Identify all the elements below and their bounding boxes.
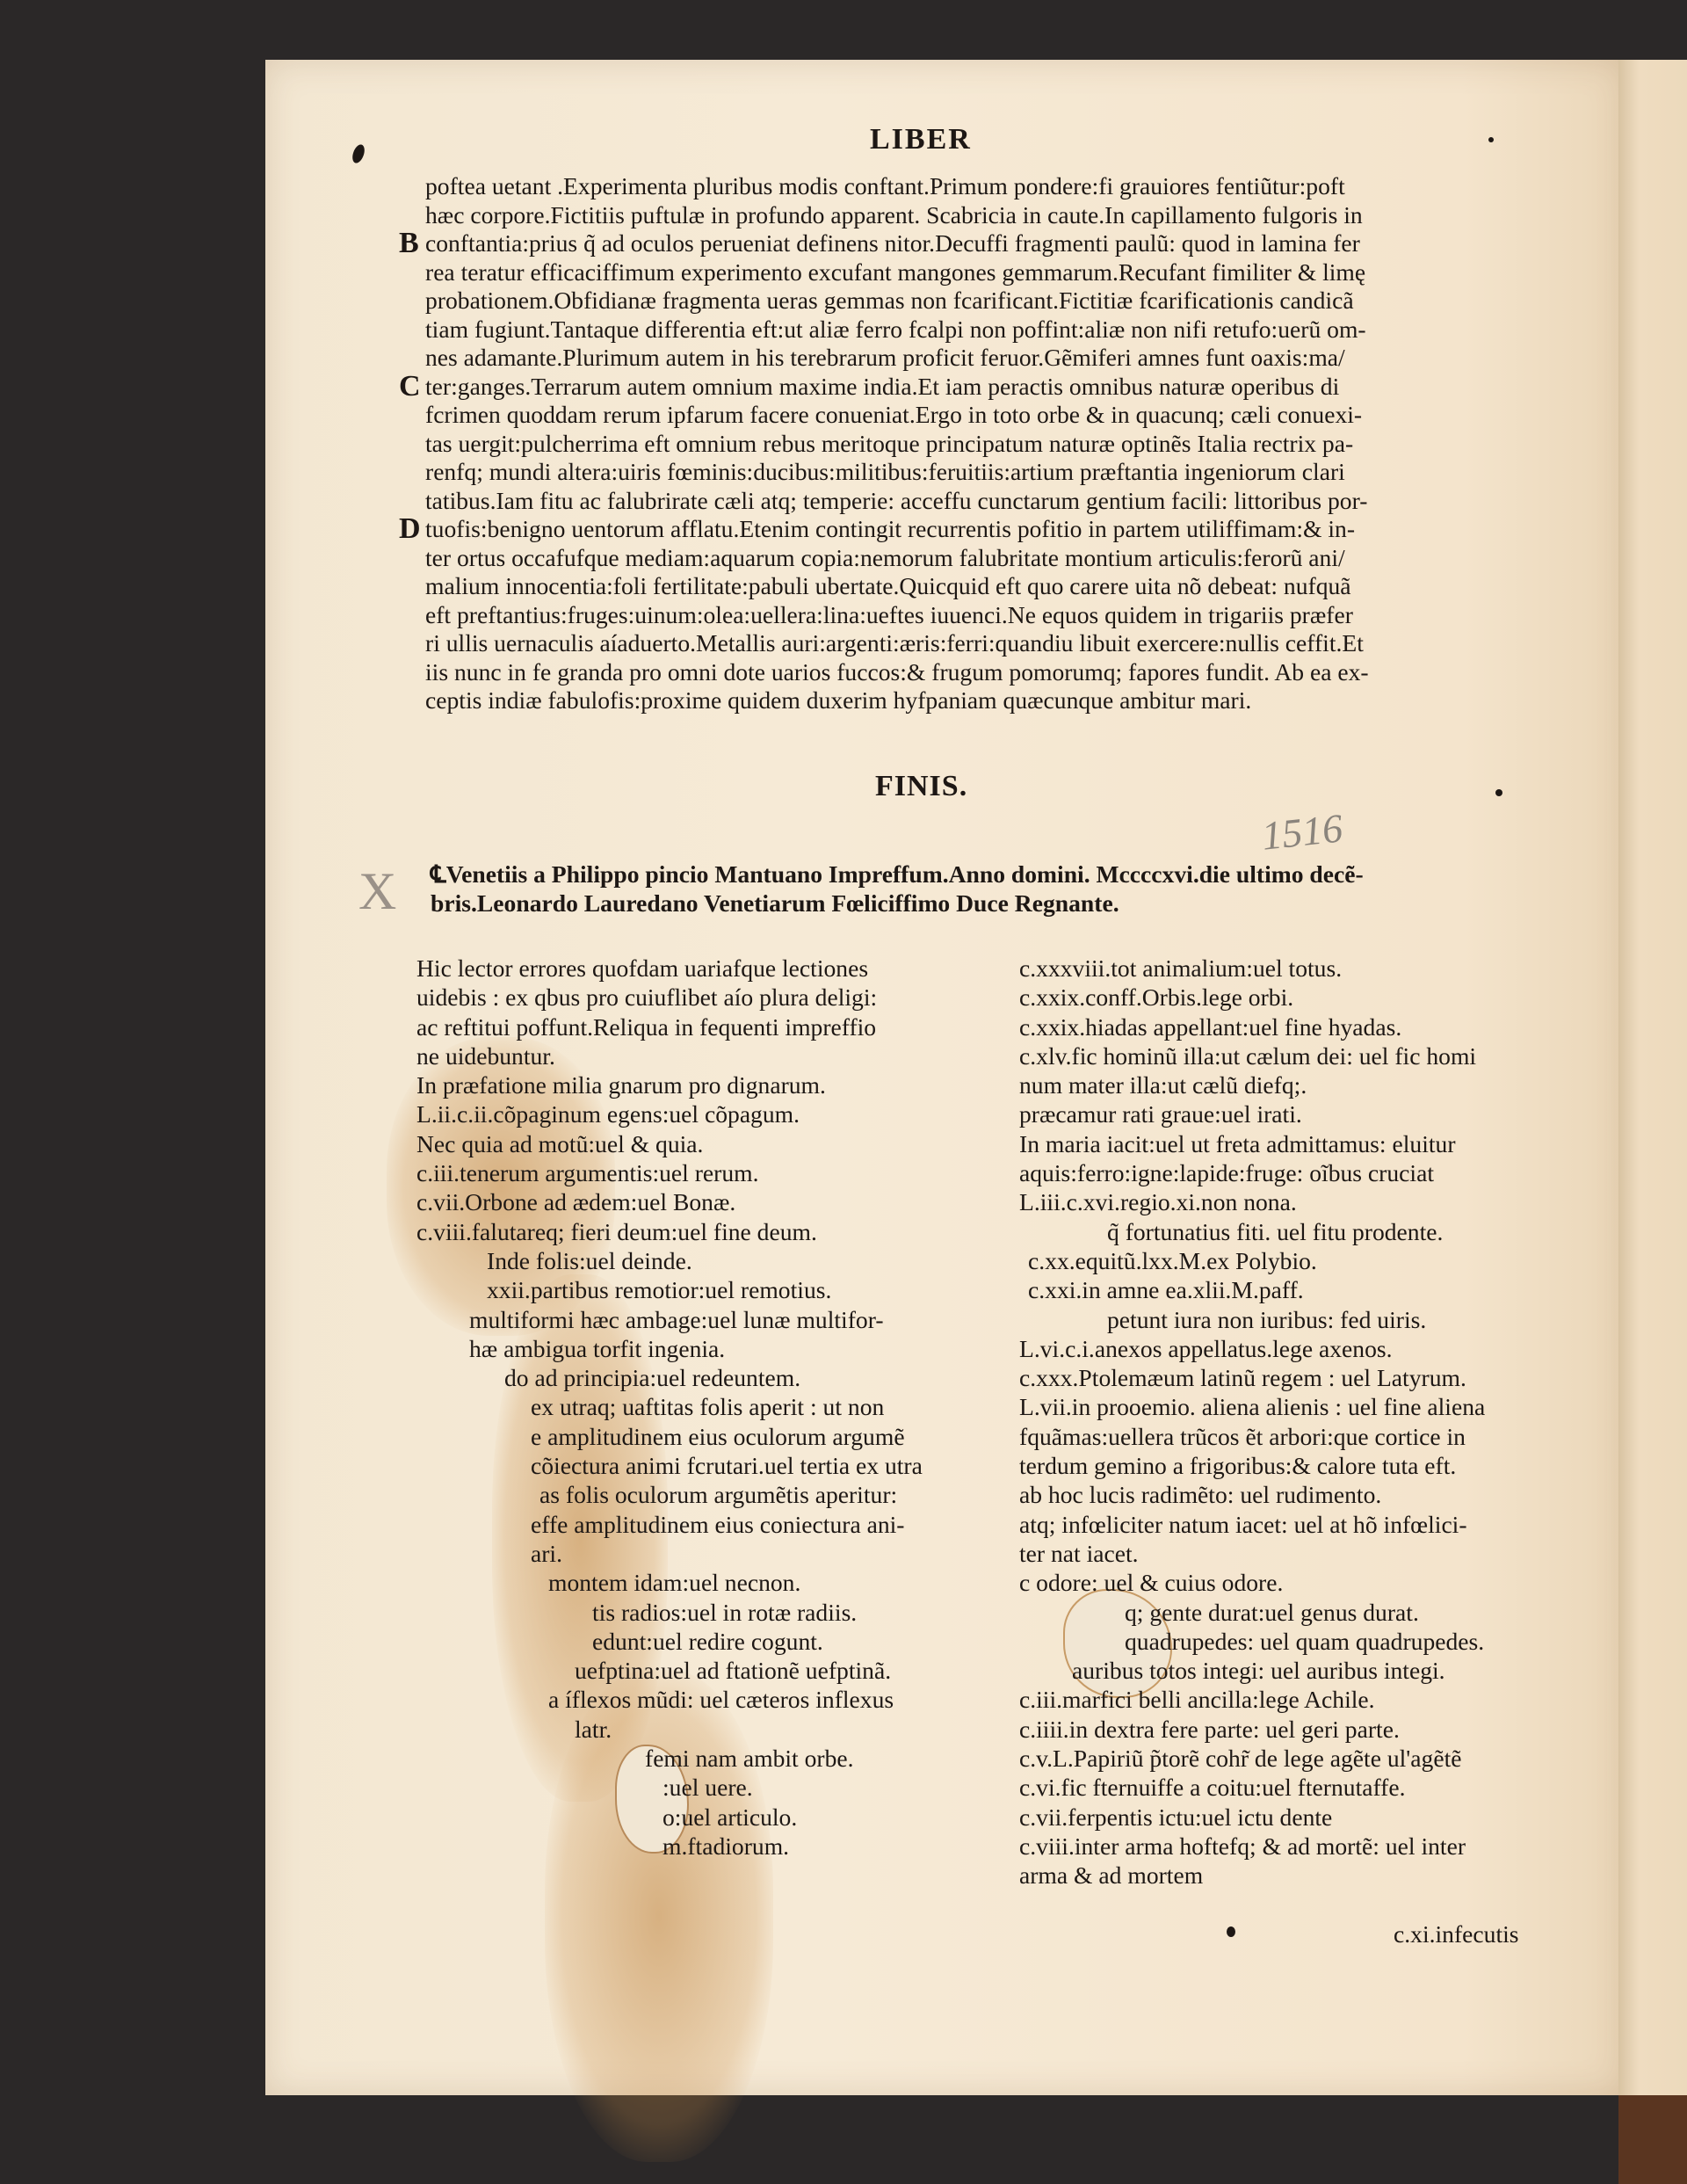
errata-entry: c.xxx.Ptolemæum latinũ regem : uel Latyr… [1019,1363,1564,1392]
text-line: ri ullis uernaculis aíaduerto.Metallis a… [425,629,1538,658]
text-line-content: poftea uetant .Experimenta pluribus modi… [425,172,1345,200]
text-line-content: fcrimen quoddam rerum ipfarum facere con… [425,401,1362,428]
colophon: ℄Venetiis a Philippo pincio Mantuano Imp… [431,860,1546,918]
text-line-content: tuofis:benigno uentorum afflatu.Etenim c… [425,515,1355,542]
binding-edge [1618,2095,1687,2184]
text-line: poftea uetant .Experimenta pluribus modi… [425,172,1538,201]
errata-entry: arma & ad mortem [1019,1861,1564,1890]
errata-entry: c odore: uel & cuius odore. [1019,1568,1564,1597]
errata-entry: c.vii.ferpentis ictu:uel ictu dente [1019,1803,1564,1832]
text-line: Cter:ganges.Terrarum autem omnium maxime… [425,373,1538,402]
main-text: poftea uetant .Experimenta pluribus modi… [425,172,1538,715]
errata-entry: In præfatione milia gnarum pro dignarum. [416,1070,979,1099]
text-line-content: tatibus.Iam fitu ac falubrirate cæli atq… [425,487,1367,514]
errata-entry: c.xxix.hiadas appellant:uel fine hyadas. [1019,1012,1564,1041]
errata-entry: L.vii.in prooemio. aliena alienis : uel … [1019,1392,1564,1421]
errata-entry: præcamur rati graue:uel irati. [1019,1099,1564,1128]
errata-entry: c.iii.tenerum argumentis:uel rerum. [416,1158,979,1187]
errata-entry: terdum gemino a frigoribus:& calore tuta… [1019,1451,1564,1480]
text-line: nes adamante.Plurimum autem in his tereb… [425,344,1538,373]
next-page-edge [1618,60,1687,2095]
errata-entry: Inde folis:uel deinde. [416,1246,979,1275]
section-marker: B [399,229,419,258]
errata-entry: m.ftadiorum. [416,1832,979,1861]
errata-entry: multiformi hæc ambage:uel lunæ multifor- [416,1305,979,1334]
text-line: iis nunc in fe granda pro omni dote uari… [425,658,1538,687]
errata-entry: ne uidebuntur. [416,1041,979,1070]
text-line-content: renfq; mundi altera:uiris fœminis:ducibu… [425,458,1345,485]
text-line: Bconftantia:prius q̃ ad oculos perueniat… [425,229,1538,258]
errata-entry: ex utraq; uaftitas folis aperit : ut non [416,1392,979,1421]
errata-entry: edunt:uel redire cogunt. [416,1627,979,1656]
errata-entry: c.xxi.in amne ea.xlii.M.paff. [1019,1275,1564,1304]
text-line: tatibus.Iam fitu ac falubrirate cæli atq… [425,487,1538,516]
text-line: fcrimen quoddam rerum ipfarum facere con… [425,401,1538,430]
errata-entry: auribus totos integi: uel auribus integi… [1019,1656,1564,1685]
handwritten-year: 1516 [1259,804,1344,859]
errata-entry: a íflexos mũdi: uel cæteros inflexus [416,1685,979,1714]
errata-entry: petunt iura non iuribus: fed uiris. [1019,1305,1564,1334]
errata-entry: L.ii.c.ii.cõpaginum egens:uel cõpagum. [416,1099,979,1128]
errata-entry: as folis oculorum argumẽtis aperitur: [416,1480,979,1509]
ink-dot [1495,789,1502,796]
text-line-content: nes adamante.Plurimum autem in his tereb… [425,344,1345,371]
text-line-content: hæc corpore.Fictitiis puftulæ in profund… [425,201,1363,229]
text-line-content: tiam fugiunt.Tantaque differentia eft:ut… [425,316,1366,343]
text-line-content: conftantia:prius q̃ ad oculos perueniat … [425,229,1360,257]
errata-entry: c.viii.inter arma hoftefq; & ad mortẽ: u… [1019,1832,1564,1861]
text-line-content: ri ullis uernaculis aíaduerto.Metallis a… [425,629,1364,657]
errata-entry: q; gente durat:uel genus durat. [1019,1598,1564,1627]
errata-entry: aquis:ferro:igne:lapide:fruge: oĩbus cru… [1019,1158,1564,1187]
text-line: malium innocentia:foli fertilitate:pabul… [425,572,1538,601]
text-line: ter ortus occafufque mediam:aquarum copi… [425,544,1538,573]
errata-left-column: Hic lector errores quofdam uariafque lec… [416,954,979,1861]
errata-entry: do ad principia:uel redeuntem. [416,1363,979,1392]
errata-entry: L.vi.c.i.anexos appellatus.lege axenos. [1019,1334,1564,1363]
errata-entry: c.iii.marfici belli ancilla:lege Achile. [1019,1685,1564,1714]
text-line-content: rea teratur efficaciffimum experimento e… [425,258,1365,286]
errata-entry: ari. [416,1539,979,1568]
errata-entry: L.iii.c.xvi.regio.xi.non nona. [1019,1187,1564,1216]
errata-entry: uefptina:uel ad ftationẽ uefptinã. [416,1656,979,1685]
errata-right-column: c.xxxviii.tot animalium:uel totus.c.xxix… [1019,954,1564,1890]
text-line: renfq; mundi altera:uiris fœminis:ducibu… [425,458,1538,487]
text-line-content: iis nunc in fe granda pro omni dote uari… [425,658,1369,686]
errata-entry: c.xxix.conff.Orbis.lege orbi. [1019,983,1564,1012]
ink-dot [1488,137,1494,142]
text-line: hæc corpore.Fictitiis puftulæ in profund… [425,201,1538,230]
errata-entry: atq; infœliciter natum iacet: uel at hõ … [1019,1510,1564,1539]
errata-entry: Nec quia ad motũ:uel & quia. [416,1129,979,1158]
finis-heading: FINIS. [875,770,967,803]
errata-entry: q̃ fortunatius fiti. uel fitu prodente. [1019,1217,1564,1246]
errata-entry: c.viii.falutareq; fieri deum:uel fine de… [416,1217,979,1246]
section-marker: C [399,373,421,402]
errata-entry: o:uel articulo. [416,1803,979,1832]
errata-entry: femi nam ambit orbe. [416,1744,979,1773]
section-marker: D [399,515,421,544]
errata-entry: num mater illa:ut cælũ diefq;. [1019,1070,1564,1099]
errata-entry: c.vii.Orbone ad ædem:uel Bonæ. [416,1187,979,1216]
errata-entry: tis radios:uel in rotæ radiis. [416,1598,979,1627]
text-line-content: tas uergit:pulcherrima eft omnium rebus … [425,430,1353,457]
errata-entry: c.v.L.Papiriũ p̃torẽ cohr̃ de lege agẽte… [1019,1744,1564,1773]
text-line-content: eft preftantius:fruges:uinum:olea:ueller… [425,601,1353,628]
errata-entry: In maria iacit:uel ut freta admittamus: … [1019,1129,1564,1158]
catchword: c.xi.infecutis [1394,1920,1519,1948]
errata-entry: :uel uere. [416,1773,979,1802]
errata-entry: effe amplitudinem eius coniectura ani- [416,1510,979,1539]
errata-entry: ab hoc lucis radimẽto: uel rudimento. [1019,1480,1564,1509]
text-line-content: ter ortus occafufque mediam:aquarum copi… [425,544,1345,571]
text-line: eft preftantius:fruges:uinum:olea:ueller… [425,601,1538,630]
colophon-line: ℄Venetiis a Philippo pincio Mantuano Imp… [431,860,1546,889]
ink-dot [1227,1926,1235,1937]
text-line: tas uergit:pulcherrima eft omnium rebus … [425,430,1538,459]
errata-entry: fquãmas:uellera trũcos ẽt arbori:que cor… [1019,1422,1564,1451]
errata-entry: ter nat iacet. [1019,1539,1564,1568]
errata-entry: c.xx.equitũ.lxx.M.ex Polybio. [1019,1246,1564,1275]
text-line-content: malium innocentia:foli fertilitate:pabul… [425,572,1351,599]
colophon-line: bris.Leonardo Lauredano Venetiarum Fœlic… [431,889,1546,918]
errata-entry: c.xxxviii.tot animalium:uel totus. [1019,954,1564,983]
errata-entry: xxii.partibus remotior:uel remotius. [416,1275,979,1304]
text-line-content: probationem.Obfidianæ fragmenta ueras ge… [425,287,1354,314]
errata-entry: Hic lector errores quofdam uariafque lec… [416,954,979,983]
errata-entry: latr. [416,1715,979,1744]
errata-entry: e amplitudinem eius oculorum argumẽ [416,1422,979,1451]
text-line: tiam fugiunt.Tantaque differentia eft:ut… [425,316,1538,345]
text-line: Dtuofis:benigno uentorum afflatu.Etenim … [425,515,1538,544]
text-line-content: ter:ganges.Terrarum autem omnium maxime … [425,373,1339,400]
pencil-mark: X [358,861,396,922]
text-line: rea teratur efficaciffimum experimento e… [425,258,1538,287]
text-line-content: ceptis indiæ fabulofis:proxime quidem du… [425,686,1251,714]
errata-entry: c.xlv.fic hominũ illa:ut cælum dei: uel … [1019,1041,1564,1070]
text-line: ceptis indiæ fabulofis:proxime quidem du… [425,686,1538,715]
errata-entry: ac reftitui poffunt.Reliqua in fequenti … [416,1012,979,1041]
errata-entry: hæ ambigua torfit ingenia. [416,1334,979,1363]
errata-entry: uidebis : ex qbus pro cuiuflibet aío plu… [416,983,979,1012]
errata-entry: quadrupedes: uel quam quadrupedes. [1019,1627,1564,1656]
errata-entry: c.vi.fic fternuiffe a coitu:uel fternuta… [1019,1773,1564,1802]
running-head: LIBER [870,123,972,156]
text-line: probationem.Obfidianæ fragmenta ueras ge… [425,287,1538,316]
errata-entry: cõiectura animi fcrutari.uel tertia ex u… [416,1451,979,1480]
errata-entry: montem idam:uel necnon. [416,1568,979,1597]
errata-entry: c.iiii.in dextra fere parte: uel geri pa… [1019,1715,1564,1744]
